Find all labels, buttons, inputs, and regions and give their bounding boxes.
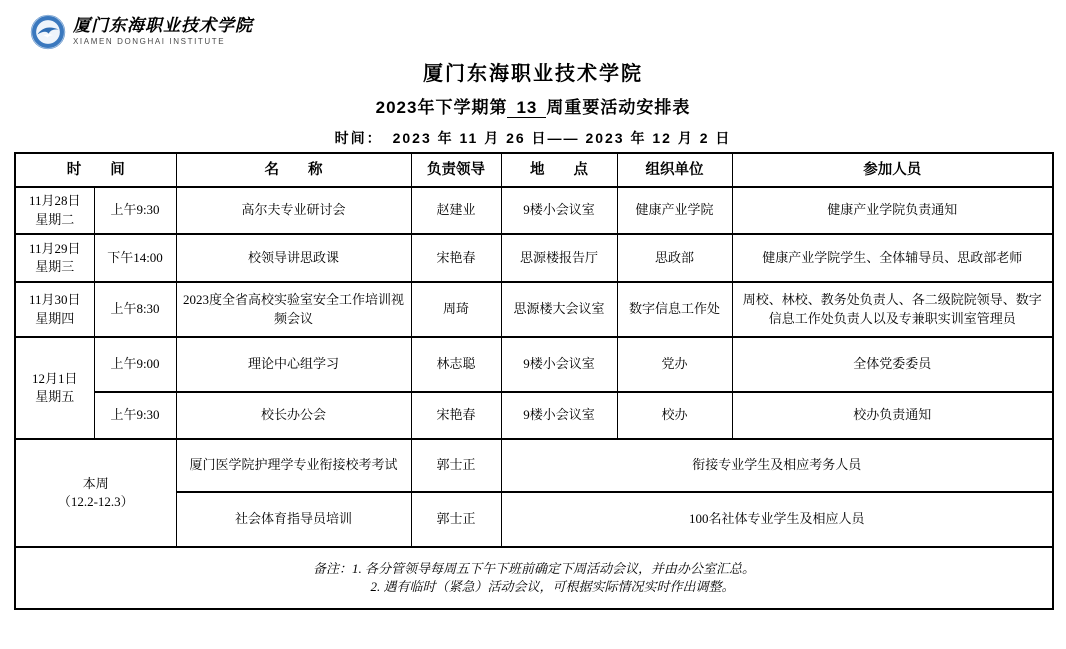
cell-organizer: 思政部: [617, 234, 732, 282]
cell-name: 校长办公会: [176, 392, 411, 439]
cell-leader: 宋艳春: [411, 234, 501, 282]
cell-leader: 赵建业: [411, 187, 501, 234]
table-row: 本周 （12.2-12.3） 厦门医学院护理学专业衔接校考考试 郭士正 衔接专业…: [15, 439, 1053, 492]
cell-participants-merged: 100名社体专业学生及相应人员: [501, 492, 1053, 547]
school-logo: 厦门东海职业技术学院 XIAMEN DONGHAI INSTITUTE: [30, 14, 253, 50]
cell-location: 思源楼报告厅: [501, 234, 617, 282]
table-row: 12月1日 星期五 上午9:00 理论中心组学习 林志聪 9楼小会议室 党办 全…: [15, 337, 1053, 392]
cell-location: 9楼小会议室: [501, 392, 617, 439]
col-header-organizer: 组织单位: [617, 153, 732, 187]
cell-week-label: 本周 （12.2-12.3）: [15, 439, 176, 547]
cell-name: 高尔夫专业研讨会: [176, 187, 411, 234]
cell-participants: 校办负责通知: [732, 392, 1053, 439]
table-header-row: 时 间 名 称 负责领导 地 点 组织单位 参加人员: [15, 153, 1053, 187]
cell-name: 2023度全省高校实验室安全工作培训视频会议: [176, 282, 411, 337]
col-header-participants: 参加人员: [732, 153, 1053, 187]
date-text: 11月28日: [20, 192, 90, 210]
cell-location: 9楼小会议室: [501, 187, 617, 234]
notes-cell: 备注：1. 各分管领导每周五下午下班前确定下周活动会议，并由办公室汇总。 2. …: [15, 547, 1053, 609]
note-line-1: 备注：1. 各分管领导每周五下午下班前确定下周活动会议，并由办公室汇总。: [20, 560, 1048, 578]
school-logo-name-cn: 厦门东海职业技术学院: [73, 17, 253, 36]
week-label-text: 本周: [20, 475, 172, 493]
cell-organizer: 党办: [617, 337, 732, 392]
cell-participants-merged: 衔接专业学生及相应考务人员: [501, 439, 1053, 492]
date-text: 11月30日: [20, 291, 90, 309]
cell-participants: 健康产业学院学生、全体辅导员、思政部老师: [732, 234, 1053, 282]
school-logo-name-en: XIAMEN DONGHAI INSTITUTE: [73, 38, 253, 47]
cell-leader: 郭士正: [411, 492, 501, 547]
date-text: 12月1日: [20, 370, 90, 388]
cell-date: 11月29日 星期三: [15, 234, 94, 282]
cell-name: 理论中心组学习: [176, 337, 411, 392]
date-range-value: 2023 年 11 月 26 日—— 2023 年 12 月 2 日: [393, 130, 732, 146]
cell-date: 11月28日 星期二: [15, 187, 94, 234]
table-row: 11月28日 星期二 上午9:30 高尔夫专业研讨会 赵建业 9楼小会议室 健康…: [15, 187, 1053, 234]
weekday-text: 星期二: [20, 211, 90, 229]
subtitle-prefix: 2023年下学期第: [376, 98, 508, 117]
cell-location: 思源楼大会议室: [501, 282, 617, 337]
page-subtitle: 2023年下学期第13周重要活动安排表: [0, 93, 1066, 118]
cell-time: 下午14:00: [94, 234, 176, 282]
weekday-text: 星期三: [20, 258, 90, 276]
school-logo-icon: [30, 14, 66, 50]
cell-location: 9楼小会议室: [501, 337, 617, 392]
cell-time: 上午8:30: [94, 282, 176, 337]
col-header-location: 地 点: [501, 153, 617, 187]
note-line-2: 2. 遇有临时（紧急）活动会议，可根据实际情况实时作出调整。: [20, 578, 1048, 596]
cell-participants: 健康产业学院负责通知: [732, 187, 1053, 234]
table-row: 11月29日 星期三 下午14:00 校领导讲思政课 宋艳春 思源楼报告厅 思政…: [15, 234, 1053, 282]
weekday-text: 星期四: [20, 310, 90, 328]
cell-participants: 周校、林校、教务处负责人、各二级院院领导、数字信息工作处负责人以及专兼职实训室管…: [732, 282, 1053, 337]
cell-name: 厦门医学院护理学专业衔接校考考试: [176, 439, 411, 492]
cell-participants: 全体党委委员: [732, 337, 1053, 392]
notes-row: 备注：1. 各分管领导每周五下午下班前确定下周活动会议，并由办公室汇总。 2. …: [15, 547, 1053, 609]
date-range-label: 时间：: [335, 130, 383, 146]
cell-organizer: 数字信息工作处: [617, 282, 732, 337]
cell-leader: 郭士正: [411, 439, 501, 492]
cell-time: 上午9:30: [94, 392, 176, 439]
col-header-name: 名 称: [176, 153, 411, 187]
weekday-text: 星期五: [20, 388, 90, 406]
cell-organizer: 校办: [617, 392, 732, 439]
date-text: 11月29日: [20, 240, 90, 258]
cell-date: 11月30日 星期四: [15, 282, 94, 337]
date-range-line: 时间：2023 年 11 月 26 日—— 2023 年 12 月 2 日: [0, 128, 1066, 148]
cell-leader: 周琦: [411, 282, 501, 337]
table-row: 11月30日 星期四 上午8:30 2023度全省高校实验室安全工作培训视频会议…: [15, 282, 1053, 337]
cell-time: 上午9:30: [94, 187, 176, 234]
subtitle-week-number: 13: [507, 99, 546, 118]
subtitle-suffix: 周重要活动安排表: [546, 98, 690, 117]
cell-date: 12月1日 星期五: [15, 337, 94, 439]
schedule-table: 时 间 名 称 负责领导 地 点 组织单位 参加人员 11月28日 星期二 上午…: [14, 152, 1054, 610]
cell-leader: 林志聪: [411, 337, 501, 392]
cell-leader: 宋艳春: [411, 392, 501, 439]
cell-name: 校领导讲思政课: [176, 234, 411, 282]
col-header-leader: 负责领导: [411, 153, 501, 187]
week-label-range: （12.2-12.3）: [20, 493, 172, 511]
col-header-time: 时 间: [15, 153, 176, 187]
table-row: 上午9:30 校长办公会 宋艳春 9楼小会议室 校办 校办负责通知: [15, 392, 1053, 439]
page-title: 厦门东海职业技术学院: [0, 57, 1066, 86]
cell-organizer: 健康产业学院: [617, 187, 732, 234]
cell-name: 社会体育指导员培训: [176, 492, 411, 547]
cell-time: 上午9:00: [94, 337, 176, 392]
